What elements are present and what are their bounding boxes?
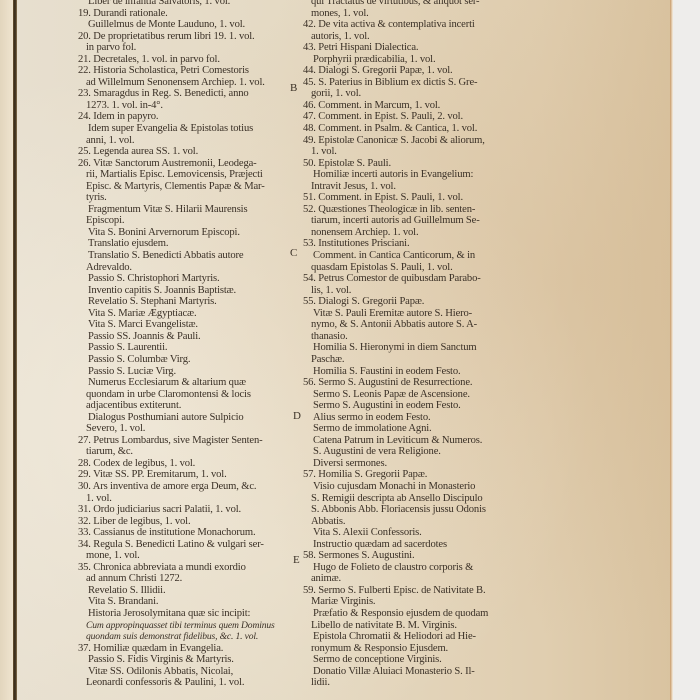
text-line: Intravit Jesus, 1. vol.: [303, 181, 518, 193]
catalogue-entry: 42. De vita activa & contemplativa incer…: [303, 19, 518, 31]
text-line: qui Tractatus de virtutibus, & aliquot s…: [303, 0, 518, 8]
text-line: autoris, 1. vol.: [303, 31, 518, 43]
text-line: Revelatio S. Illidii.: [78, 585, 293, 597]
text-line: Vita S. Bonini Arvernorum Episcopi.: [78, 227, 293, 239]
catalogue-entry: 54. Petrus Comestor de quibusdam Parabo-: [303, 273, 518, 285]
text-line: tiarum, incerti autoris ad Guillelmum Se…: [303, 215, 518, 227]
text-line: Guillelmus de Monte Lauduno, 1. vol.: [78, 19, 293, 31]
text-line: ronymum & Responsio Ejusdem.: [303, 643, 518, 655]
margin-letter: D: [293, 410, 301, 422]
text-line: S. Abbonis Abb. Floriacensis jussu Odoni…: [303, 504, 518, 516]
text-line: Libello de nativitate B. M. Virginis.: [303, 620, 518, 632]
text-line: Alius sermo in eodem Festo.: [303, 412, 518, 424]
text-line: Comment. in Cantica Canticorum, & in: [303, 250, 518, 262]
catalogue-entry: 25. Legenda aurea SS. 1. vol.: [78, 146, 293, 158]
text-line: Homilia S. Faustini in eodem Festo.: [303, 366, 518, 378]
catalogue-entry: 49. Epistolæ Canonicæ S. Jacobi & alioru…: [303, 135, 518, 147]
text-line: Homiliæ incerti autoris in Evangelium:: [303, 169, 518, 181]
text-line: Porphyrii prædicabilia, 1. vol.: [303, 54, 518, 66]
catalogue-entry: 35. Chronica abbreviata a mundi exordio: [78, 562, 293, 574]
text-line: Sermo S. Augustini in eodem Festo.: [303, 400, 518, 412]
text-line: Sermo S. Leonis Papæ de Ascensione.: [303, 389, 518, 401]
text-line: 1273. 1. vol. in-4°.: [78, 100, 293, 112]
text-line: quondam suis demonstrat fidelibus, &c. 1…: [78, 631, 293, 643]
text-line: Abbatis.: [303, 516, 518, 528]
catalogue-entry: 32. Liber de legibus, 1. vol.: [78, 516, 293, 528]
text-line: quasdam Epistolas S. Pauli, 1. vol.: [303, 262, 518, 274]
text-line: tyris.: [78, 192, 293, 204]
catalogue-entry: 47. Comment. in Epist. S. Pauli, 2. vol.: [303, 111, 518, 123]
text-line: ad annum Christi 1272.: [78, 573, 293, 585]
text-line: Vitæ S. Pauli Eremitæ autore S. Hiero-: [303, 308, 518, 320]
text-line: animæ.: [303, 573, 518, 585]
text-line: Sermo de conceptione Virginis.: [303, 654, 518, 666]
catalogue-entry: 24. Idem in papyro.: [78, 111, 293, 123]
catalogue-entry: 30. Ars inventiva de amore erga Deum, &c…: [78, 481, 293, 493]
text-line: Vita S. Marci Evangelistæ.: [78, 319, 293, 331]
catalogue-entry: 57. Homilia S. Gregorii Papæ.: [303, 469, 518, 481]
catalogue-entry: 53. Institutiones Prisciani.: [303, 238, 518, 250]
margin-letter: C: [290, 247, 297, 259]
text-line: Inventio capitis S. Joannis Baptistæ.: [78, 285, 293, 297]
text-line: 1. vol.: [303, 146, 518, 158]
text-line: Episc. & Martyris, Clementis Papæ & Mar-: [78, 181, 293, 193]
text-line: mones, 1. vol.: [303, 8, 518, 20]
catalogue-entry: 28. Codex de legibus, 1. vol.: [78, 458, 293, 470]
catalogue-entry: 59. Sermo S. Fulberti Episc. de Nativita…: [303, 585, 518, 597]
text-line: Instructio quædam ad sacerdotes: [303, 539, 518, 551]
text-line: adjacentibus extiterunt.: [78, 400, 293, 412]
text-line: Vita S. Brandani.: [78, 596, 293, 608]
text-line: Hugo de Folieto de claustro corporis &: [303, 562, 518, 574]
catalogue-entry: 19. Durandi rationale.: [78, 8, 293, 20]
text-line: Vita S. Mariæ Ægyptiacæ.: [78, 308, 293, 320]
text-line: lis, 1. vol.: [303, 285, 518, 297]
catalogue-entry: 46. Comment. in Marcum, 1. vol.: [303, 100, 518, 112]
catalogue-entry: 21. Decretales, 1. vol. in parvo fol.: [78, 54, 293, 66]
text-line: mone, 1. vol.: [78, 550, 293, 562]
catalogue-entry: 45. S. Paterius in Biblium ex dictis S. …: [303, 77, 518, 89]
text-line: S. Augustini de vera Religione.: [303, 446, 518, 458]
text-line: 1. vol.: [78, 493, 293, 505]
text-line: Translatio S. Benedicti Abbatis autore: [78, 250, 293, 262]
catalogue-entry: 48. Comment. in Psalm. & Cantica, 1. vol…: [303, 123, 518, 135]
catalogue-entry: 52. Quæstiones Theologicæ in lib. senten…: [303, 204, 518, 216]
text-line: Historia Jerosolymitana quæ sic incipit:: [78, 608, 293, 620]
text-line: Homilia S. Hieronymi in diem Sanctum: [303, 342, 518, 354]
catalogue-entry: 22. Historia Scholastica, Petri Comestor…: [78, 65, 293, 77]
catalogue-entry: 50. Epistolæ S. Pauli.: [303, 158, 518, 170]
text-line: Idem super Evangelia & Epistolas totius: [78, 123, 293, 135]
text-line: quondam in urbe Claromontensi & locis: [78, 389, 293, 401]
text-line: Epistola Chromatii & Heliodori ad Hie-: [303, 631, 518, 643]
text-line: Fragmentum Vitæ S. Hilarii Maurensis: [78, 204, 293, 216]
text-line: Passio S. Christophori Martyris.: [78, 273, 293, 285]
scan-background: [673, 0, 700, 700]
text-line: nonensem Archiep. 1. vol.: [303, 227, 518, 239]
margin-letter: B: [290, 82, 297, 94]
text-line: Episcopi.: [78, 215, 293, 227]
text-line: Passio SS. Joannis & Pauli.: [78, 331, 293, 343]
text-line: Vitæ SS. Odilonis Abbatis, Nicolai,: [78, 666, 293, 678]
text-line: in parvo fol.: [78, 42, 293, 54]
catalogue-entry: 43. Petri Hispani Dialectica.: [303, 42, 518, 54]
facing-page-edge: [0, 0, 13, 700]
catalogue-entry: 31. Ordo judiciarius sacri Palatii, 1. v…: [78, 504, 293, 516]
text-line: tiarum, &c.: [78, 446, 293, 458]
text-line: Numerus Ecclesiarum & altarium quæ: [78, 377, 293, 389]
text-line: S. Remigii descripta ab Ansello Discipul…: [303, 493, 518, 505]
catalogue-entry: 37. Homiliæ quædam in Evangelia.: [78, 643, 293, 655]
catalogue-entry: 33. Cassianus de institutione Monachorum…: [78, 527, 293, 539]
text-line: Translatio ejusdem.: [78, 238, 293, 250]
text-line: rii, Martialis Episc. Lemovicensis, Præj…: [78, 169, 293, 181]
text-line: Liber de infantia Salvatoris, 1. vol.: [78, 0, 293, 8]
right-text-column: qui Tractatus de virtutibus, & aliquot s…: [303, 0, 518, 689]
text-line: Vita S. Alexii Confessoris.: [303, 527, 518, 539]
text-line: Visio cujusdam Monachi in Monasterio: [303, 481, 518, 493]
text-line: Cum appropinquasset tibi terminus quem D…: [78, 620, 293, 632]
catalogue-entry: 20. De proprietatibus rerum libri 19. 1.…: [78, 31, 293, 43]
text-line: Sermo de immolatione Agni.: [303, 423, 518, 435]
catalogue-entry: 26. Vitæ Sanctorum Austremonii, Leodega-: [78, 158, 293, 170]
text-line: thanasio.: [303, 331, 518, 343]
text-line: Severo, 1. vol.: [78, 423, 293, 435]
text-line: Mariæ Virginis.: [303, 596, 518, 608]
text-line: nymo, & S. Antonii Abbatis autore S. A-: [303, 319, 518, 331]
catalogue-entry: 55. Dialogi S. Gregorii Papæ.: [303, 296, 518, 308]
margin-letter: E: [293, 554, 300, 566]
catalogue-entry: 27. Petrus Lombardus, sive Magister Sent…: [78, 435, 293, 447]
text-line: Diversi sermones.: [303, 458, 518, 470]
text-line: anni, 1. vol.: [78, 135, 293, 147]
text-line: gorii, 1. vol.: [303, 88, 518, 100]
text-line: Passio S. Fidis Virginis & Martyris.: [78, 654, 293, 666]
text-line: ad Willelmum Senonensem Archiep. 1. vol.: [78, 77, 293, 89]
left-text-column: Liber de infantia Salvatoris, 1. vol.19.…: [78, 0, 293, 689]
text-line: Præfatio & Responsio ejusdem de quodam: [303, 608, 518, 620]
catalogue-entry: 29. Vitæ SS. PP. Eremitarum, 1. vol.: [78, 469, 293, 481]
text-line: Leonardi confessoris & Paulini, 1. vol.: [78, 677, 293, 689]
text-line: Paschæ.: [303, 354, 518, 366]
catalogue-entry: 51. Comment. in Epist. S. Pauli, 1. vol.: [303, 192, 518, 204]
text-line: Adrevaldo.: [78, 262, 293, 274]
text-line: Catena Patrum in Leviticum & Numeros.: [303, 435, 518, 447]
text-line: lidii.: [303, 677, 518, 689]
text-line: Passio S. Luciæ Virg.: [78, 366, 293, 378]
text-line: Dialogus Posthumiani autore Sulpicio: [78, 412, 293, 424]
catalogue-entry: 34. Regula S. Benedicti Latino & vulgari…: [78, 539, 293, 551]
catalogue-entry: 44. Dialogi S. Gregorii Papæ, 1. vol.: [303, 65, 518, 77]
text-line: Passio S. Laurentii.: [78, 342, 293, 354]
catalogue-entry: 58. Sermones S. Augustini.: [303, 550, 518, 562]
text-line: Donatio Villæ Aluiaci Monasterio S. Il-: [303, 666, 518, 678]
text-line: Passio S. Columbæ Virg.: [78, 354, 293, 366]
catalogue-entry: 56. Sermo S. Augustini de Resurrectione.: [303, 377, 518, 389]
text-line: Revelatio S. Stephani Martyris.: [78, 296, 293, 308]
catalogue-entry: 23. Smaragdus in Reg. S. Benedicti, anno: [78, 88, 293, 100]
